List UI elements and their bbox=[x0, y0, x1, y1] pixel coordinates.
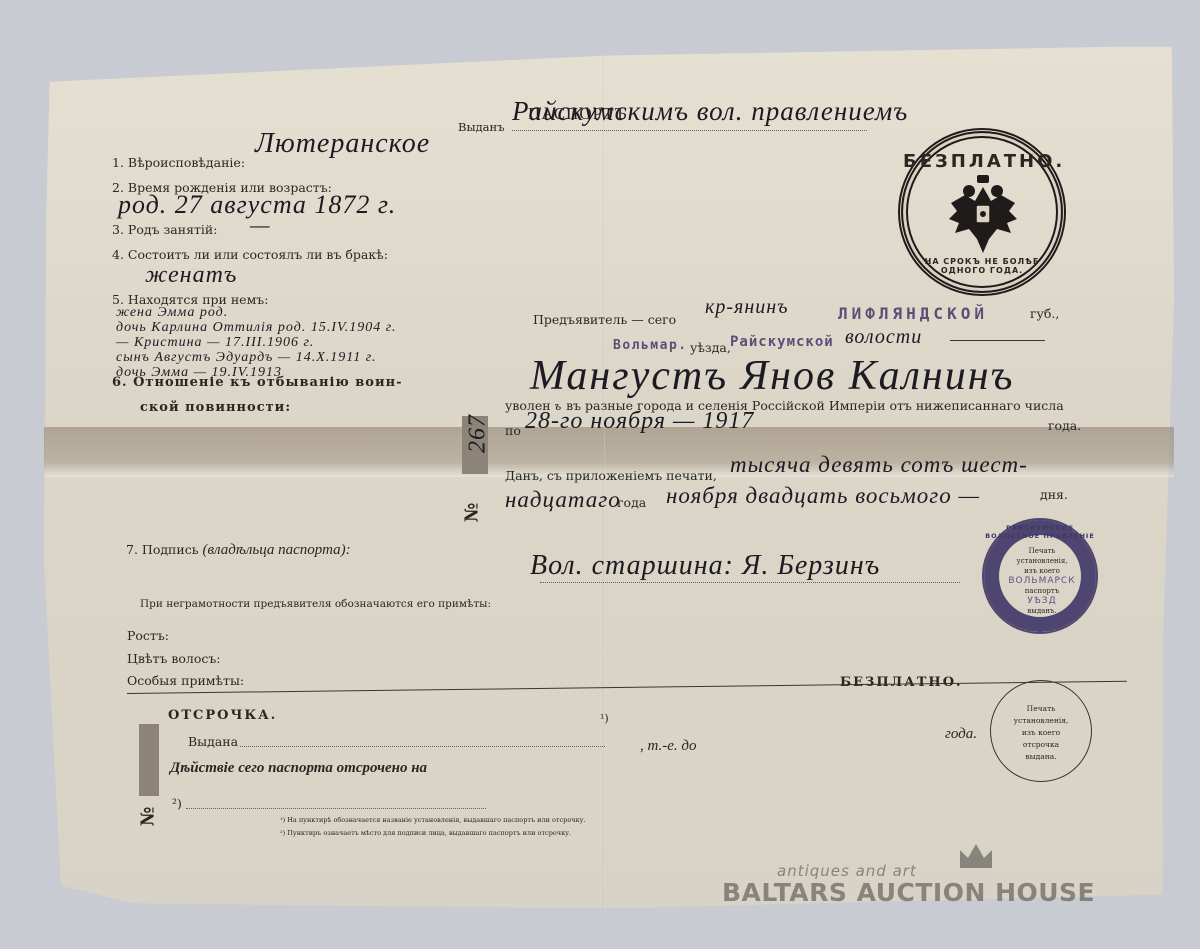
double-headed-eagle-icon bbox=[947, 173, 1019, 257]
issued-by-line bbox=[512, 130, 867, 131]
signature-line bbox=[540, 582, 960, 583]
seal-top-text: БЕЗПЛАТНО. bbox=[903, 151, 1061, 172]
parish-label: волости bbox=[845, 326, 922, 349]
province-stamp: ЛИФЛЯНДСКОЙ bbox=[838, 304, 988, 323]
circle-line: выдана. bbox=[1025, 752, 1056, 761]
family-line: жена Эмма род. bbox=[116, 305, 397, 320]
bearer-label: Предъявитель — сего bbox=[533, 312, 676, 327]
stamp-district-2: УѢЗД bbox=[1002, 596, 1082, 606]
free-of-charge-seal: БЕЗПЛАТНО. НА СРОКЪ НЕ БОЛѢЕ ОДНОГО ГОДА… bbox=[898, 128, 1066, 296]
special-marks-label: Особыя примѣты: bbox=[127, 673, 244, 688]
field-label: Родъ занятій: bbox=[128, 222, 218, 237]
deferral-number-symbol: № bbox=[137, 807, 158, 827]
illiterate-note: При неграмотности предъявителя обозначаю… bbox=[140, 598, 491, 610]
district-stamp: Вольмар. bbox=[613, 338, 688, 353]
deferral-stamp-circle: Печать установленія, изъ коего отсрочка … bbox=[990, 680, 1092, 782]
field-number: 7. bbox=[126, 542, 138, 557]
passport-number: 267 bbox=[465, 404, 492, 464]
occupation-value: — bbox=[250, 212, 271, 238]
seal-bottom-text: НА СРОКЪ НЕ БОЛѢЕ ОДНОГО ГОДА. bbox=[903, 257, 1061, 275]
stamp-line: изъ коего bbox=[1002, 566, 1082, 576]
footnote-mark-1: ¹) bbox=[600, 712, 609, 725]
family-line: дочь Карлина Оттилія род. 15.IV.1904 г. bbox=[116, 320, 397, 335]
parish-line bbox=[950, 340, 1045, 341]
circle-text: Печать установленія, изъ коего отсрочка … bbox=[991, 703, 1091, 763]
parish-stamp: Райскумской bbox=[730, 334, 834, 350]
footnote-2: ²) Пунктиръ означаетъ мѣсто для подписи … bbox=[280, 829, 571, 837]
issued-by-label: Выданъ bbox=[458, 120, 505, 134]
crown-icon bbox=[958, 842, 994, 870]
watermark: antiques and art BALTARS AUCTION HOUSE bbox=[722, 862, 1095, 907]
height-label: Ростъ: bbox=[127, 628, 169, 643]
day-label: дня. bbox=[1040, 487, 1068, 502]
circle-line: отсрочка bbox=[1023, 740, 1059, 749]
bearer-estate: кр-янинъ bbox=[705, 296, 789, 319]
field-3-label: 3. Родъ занятій: bbox=[112, 222, 217, 237]
field-4-label: 4. Состоитъ ли или состоялъ ли въ бракѣ: bbox=[112, 247, 388, 262]
field-6-label-cont: ской повинности: bbox=[140, 400, 291, 415]
deferral-number-box bbox=[139, 724, 159, 796]
field-7-label: 7. Подпись (владѣльца паспорта): bbox=[126, 542, 351, 559]
free-label: БЕЗПЛАТНО. bbox=[840, 675, 963, 690]
deferral-issued-label: Выдана bbox=[188, 734, 238, 749]
stamp-line: установленія, bbox=[1002, 556, 1082, 566]
circle-line: Печать bbox=[1027, 704, 1056, 713]
deferral-signature-line bbox=[186, 808, 486, 809]
release-prefix: по bbox=[505, 423, 521, 438]
province-suffix: губ., bbox=[1030, 306, 1059, 321]
stamp-ring-text: РАЙСКУМСКОЕ ВОЛОСТНОЕ ПРАВЛЕНІЕ bbox=[984, 524, 1096, 540]
deferral-extended-label: Дѣйствіе сего паспорта отсрочено на bbox=[170, 760, 427, 777]
field-number: 1. bbox=[112, 155, 124, 170]
circle-line: установленія, bbox=[1014, 716, 1069, 725]
year-word: года bbox=[617, 495, 646, 510]
circle-line: изъ коего bbox=[1022, 728, 1060, 737]
deferral-issued-line bbox=[240, 746, 605, 747]
release-date: 28-го ноября — 1917 bbox=[525, 408, 754, 435]
field-number: 4. bbox=[112, 247, 124, 262]
bearer-name: Мангустъ Янов Калнинъ bbox=[530, 352, 1014, 400]
family-line: — Кристина — 17.III.1906 г. bbox=[116, 335, 397, 350]
field-label: Состоитъ ли или состоялъ ли въ бракѣ: bbox=[128, 247, 388, 262]
stamp-line: паспортъ bbox=[1002, 586, 1082, 596]
field-number: 3. bbox=[112, 222, 124, 237]
hair-color-label: Цвѣтъ волосъ: bbox=[127, 651, 221, 666]
number-symbol: № bbox=[461, 503, 482, 523]
field-label-italic: (владѣльца паспорта): bbox=[203, 542, 351, 558]
family-list: жена Эмма род. дочь Карлина Оттилія род.… bbox=[116, 305, 397, 380]
field-6-label: 6. Отношеніе къ отбыванію воин- bbox=[112, 375, 403, 390]
given-date-hand-3: ноября двадцать восьмого — bbox=[666, 483, 980, 509]
field-1-label: 1. Вѣроисповѣданіе: bbox=[112, 155, 245, 170]
given-label: Данъ, съ приложеніемъ печати, bbox=[505, 468, 717, 483]
deferral-year-label: года. bbox=[945, 726, 977, 743]
issued-by-value: Райскумскимъ вол. правлениемъ bbox=[512, 96, 908, 127]
stamp-line: выданъ. bbox=[1002, 606, 1082, 616]
ie-until-label: , т.-е. до bbox=[640, 738, 697, 755]
family-line: сынъ Августъ Эдуардъ — 14.X.1911 г. bbox=[116, 350, 397, 365]
stamp-district: ВОЛЬМАРСК bbox=[1002, 576, 1082, 586]
deferral-title: ОТСРОЧКА. bbox=[168, 708, 277, 723]
volost-board-stamp: РАЙСКУМСКОЕ ВОЛОСТНОЕ ПРАВЛЕНІЕ Печать у… bbox=[982, 518, 1098, 634]
stamp-line: Печать bbox=[1002, 546, 1082, 556]
footnote-mark-2: ²) bbox=[172, 796, 182, 811]
given-date-hand-2: надцатаго bbox=[505, 487, 621, 513]
field-number: 6. bbox=[112, 375, 128, 390]
release-year-label: года. bbox=[1048, 418, 1081, 433]
field-label: Вѣроисповѣданіе: bbox=[128, 155, 245, 170]
religion-value: Лютеранское bbox=[255, 128, 430, 160]
field-label: Подпись bbox=[142, 542, 199, 557]
elder-signature: Вол. старшина: Я. Берзинъ bbox=[530, 550, 880, 582]
stamp-inner: Печать установленія, изъ коего ВОЛЬМАРСК… bbox=[1002, 546, 1082, 616]
field-label: Отношеніе къ отбыванію воин- bbox=[133, 375, 402, 390]
given-date-hand-1: тысяча девять сотъ шест- bbox=[730, 452, 1028, 478]
watermark-brand: BALTARS AUCTION HOUSE bbox=[722, 878, 1095, 907]
footnote-1: ¹) На пунктирѣ обозначается названіе уст… bbox=[280, 816, 586, 824]
marital-status-value: женатъ bbox=[145, 262, 237, 289]
